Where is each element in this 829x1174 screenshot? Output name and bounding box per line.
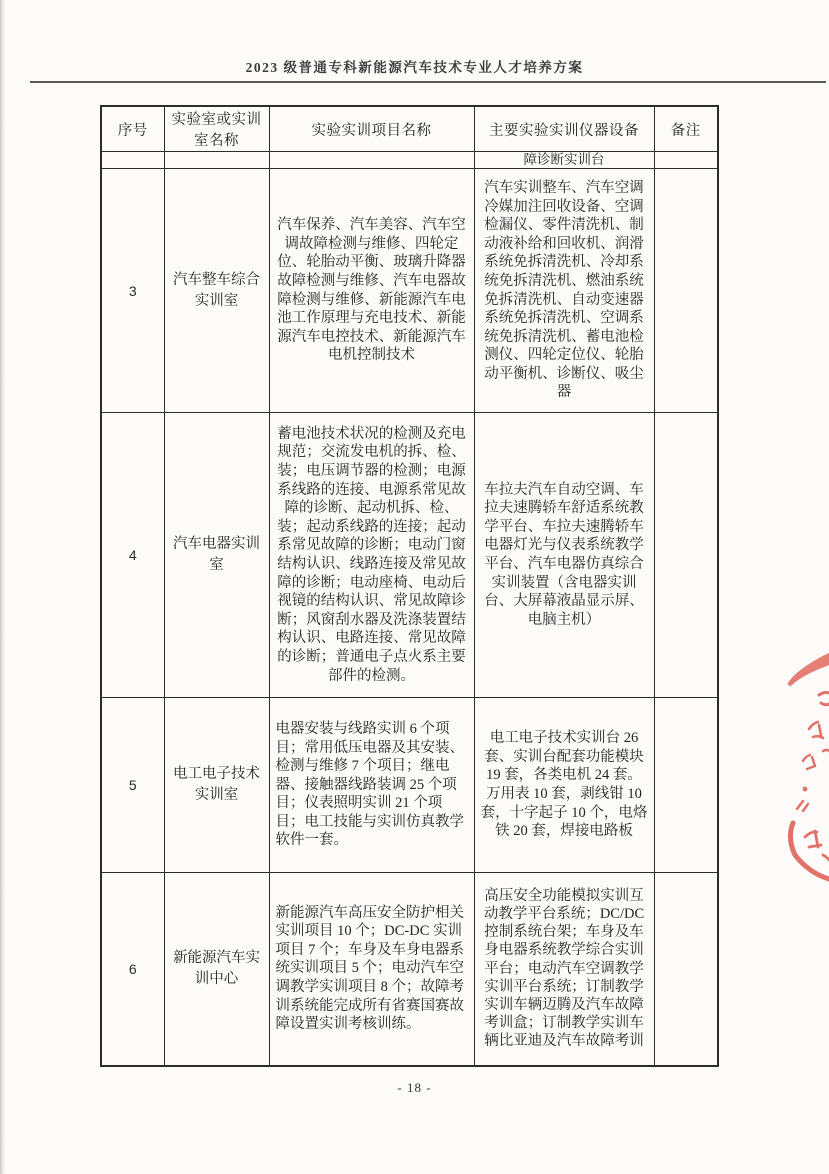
red-seal-stamp-partial bbox=[779, 633, 829, 905]
table-header-row: 序号 实验室或实训室名称 实验实训项目名称 主要实验实训仪器设备 备注 bbox=[101, 106, 718, 152]
table-row: 4 汽车电器实训室 蓄电池技术状况的检测及充电规范；交流发电机的拆、检、装；电压… bbox=[101, 413, 718, 698]
row3-lab-cell: 汽车整车综合实训室 bbox=[164, 169, 269, 413]
row6-equipment-cell: 高压安全功能模拟实训互动教学平台系统；DC/DC 控制系统台架；车身及车身电器系… bbox=[474, 873, 654, 1066]
row5-seq-cell: 5 bbox=[101, 698, 164, 873]
col-header-project-name: 实验实训项目名称 bbox=[269, 106, 474, 152]
row5-equipment-cell: 电工电子技术实训台 26 套、实训台配套功能模块 19 套，各类电机 24 套。… bbox=[474, 698, 654, 873]
page-number: - 18 - bbox=[0, 1080, 829, 1096]
row4-projects-cell: 蓄电池技术状况的检测及充电规范；交流发电机的拆、检、装；电压调节器的检测；电源系… bbox=[269, 413, 474, 698]
col-header-lab-name: 实验室或实训室名称 bbox=[164, 106, 269, 152]
row5-note-cell bbox=[654, 698, 718, 873]
row4-equipment-cell: 车拉夫汽车自动空调、车拉夫速腾轿车舒适系统教学平台、车拉夫速腾轿车电器灯光与仪表… bbox=[474, 413, 654, 698]
row6-lab-cell: 新能源汽车实训中心 bbox=[164, 873, 269, 1066]
row4-note-cell bbox=[654, 413, 718, 698]
row5-lab-cell: 电工电子技术实训室 bbox=[164, 698, 269, 873]
scan-edge-artifact bbox=[0, 0, 5, 1174]
col-header-equipment: 主要实验实训仪器设备 bbox=[474, 106, 654, 152]
row3-seq-cell: 3 bbox=[101, 169, 164, 413]
carryover-projects-cell bbox=[269, 152, 474, 169]
col-header-note: 备注 bbox=[654, 106, 718, 152]
row5-projects-cell: 电器安装与线路实训 6 个项目；常用低压电器及其安装、检测与维修 7 个项目；继… bbox=[269, 698, 474, 873]
row4-seq-cell: 4 bbox=[101, 413, 164, 698]
labs-table: 序号 实验室或实训室名称 实验实训项目名称 主要实验实训仪器设备 备注 障诊断实… bbox=[100, 105, 719, 1067]
carryover-row: 障诊断实训台 bbox=[101, 152, 718, 169]
row3-note-cell bbox=[654, 169, 718, 413]
row6-seq-cell: 6 bbox=[101, 873, 164, 1066]
document-header-title: 2023 级普通专科新能源汽车技术专业人才培养方案 bbox=[0, 56, 829, 76]
row3-projects-cell: 汽车保养、汽车美容、汽车空调故障检测与维修、四轮定位、轮胎动平衡、玻璃升降器故障… bbox=[269, 169, 474, 413]
carryover-equipment-cell: 障诊断实训台 bbox=[474, 152, 654, 169]
row6-note-cell bbox=[654, 873, 718, 1066]
table-row: 5 电工电子技术实训室 电器安装与线路实训 6 个项目；常用低压电器及其安装、检… bbox=[101, 698, 718, 873]
header-divider-line bbox=[30, 81, 826, 83]
carryover-note-cell bbox=[654, 152, 718, 169]
col-header-seq: 序号 bbox=[101, 106, 164, 152]
row4-lab-cell: 汽车电器实训室 bbox=[164, 413, 269, 698]
carryover-lab-cell bbox=[164, 152, 269, 169]
table-row: 6 新能源汽车实训中心 新能源汽车高压安全防护相关实训项目 10 个；DC-DC… bbox=[101, 873, 718, 1066]
carryover-seq-cell bbox=[101, 152, 164, 169]
row6-projects-cell: 新能源汽车高压安全防护相关实训项目 10 个；DC-DC 实训项目 7 个；车身… bbox=[269, 873, 474, 1066]
row3-equipment-cell: 汽车实训整车、汽车空调冷媒加注回收设备、空调检漏仪、零件清洗机、制动液补给和回收… bbox=[474, 169, 654, 413]
table-row: 3 汽车整车综合实训室 汽车保养、汽车美容、汽车空调故障检测与维修、四轮定位、轮… bbox=[101, 169, 718, 413]
